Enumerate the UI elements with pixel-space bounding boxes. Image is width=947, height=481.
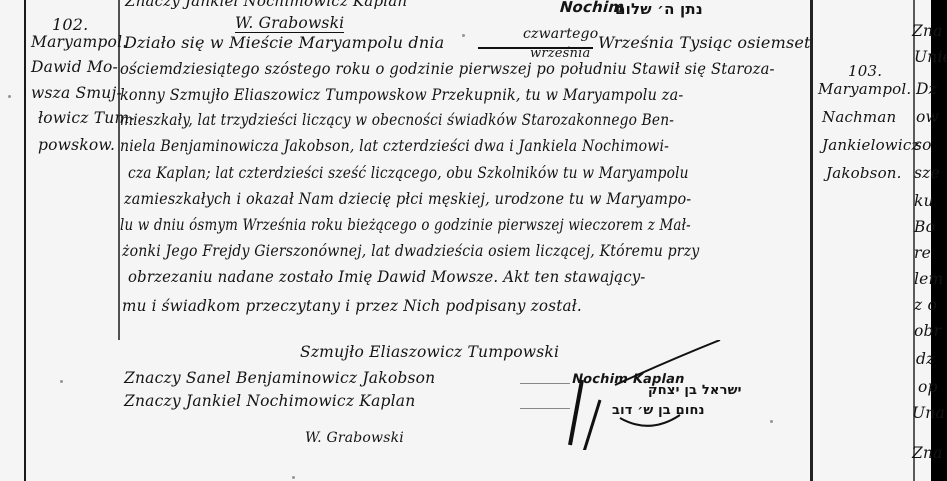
- entry-102-body-line-7: zamieszkałych i okazał Nam dziecię płci …: [124, 189, 691, 208]
- entry-102-margin-line-1: Maryampol.: [31, 33, 127, 51]
- entry-102-body-line-5: niela Benjaminowicza Jakobson, lat czter…: [120, 136, 669, 155]
- witness-2-signature: Znaczy Jankiel Nochimowicz Kaplan: [124, 392, 415, 410]
- entry-103-margin-line-3: Jankielowicz: [822, 136, 920, 154]
- entry-103-margin-line-2: Nachman: [822, 108, 896, 126]
- scan-speck: [292, 476, 295, 479]
- entry-102-number: 102.: [52, 15, 88, 34]
- fragment: op: [918, 378, 938, 396]
- entry-102-margin-line-2: Dawid Mo-: [31, 58, 118, 76]
- fragment: Bo: [914, 218, 935, 236]
- fragment: ow: [916, 108, 939, 126]
- signature-flourish: [560, 340, 760, 450]
- fragment: Una: [912, 404, 945, 422]
- fragment: so: [914, 136, 932, 154]
- entry-102-margin-line-3: wsza Smuj-: [31, 84, 122, 102]
- fragment: re: [914, 244, 931, 262]
- date-tail: Września Tysiąc osiemset: [598, 33, 811, 52]
- fragment: dz: [916, 350, 935, 368]
- fragment: Zna: [912, 22, 943, 40]
- entry-102-body-line-6: cza Kaplan; lat czterdzieści sześć liczą…: [128, 163, 689, 182]
- register-page: Znaczy Jankiel Nochimowicz Kaplan W. Gra…: [0, 0, 947, 481]
- entry-102-body-line-1: Działo się w Mieście Maryampolu dnia: [124, 33, 444, 52]
- entry-103-number: 103.: [848, 62, 882, 80]
- fragment: Dz: [916, 80, 937, 98]
- entry-103-margin-line-4: Jakobson.: [826, 164, 902, 182]
- scan-speck: [770, 420, 773, 423]
- column-divider-right: [810, 0, 813, 481]
- scan-speck: [462, 34, 465, 37]
- entry-102-body-line-4: mieszkały, lat trzydzieści liczący w obe…: [120, 110, 674, 129]
- entry-103-margin-line-1: Maryampol.: [818, 80, 911, 98]
- fragment: z o: [914, 296, 937, 314]
- official-signature: W. Grabowski: [305, 430, 404, 446]
- scan-speck: [60, 380, 63, 383]
- entry-102-body-line-9: żonki Jego Frejdy Gierszonównej, lat dwa…: [122, 241, 699, 260]
- entry-102-body-line-8: lu w dniu ósmym Września roku bieżącego …: [120, 215, 691, 234]
- fragment: sze: [914, 164, 940, 182]
- fragment: obr: [914, 322, 941, 340]
- margin-rule-center: [118, 0, 120, 340]
- prev-entry-official-signature: W. Grabowski: [235, 14, 344, 33]
- fragment: Zna: [912, 444, 943, 462]
- entry-102-body-line-10: obrzezaniu nadane zostało Imię Dawid Mow…: [128, 267, 646, 286]
- witness-1-signature: Znaczy Sanel Benjaminowicz Jakobson: [124, 369, 435, 387]
- entry-102-body-line-2: ościemdziesiątego szóstego roku o godzin…: [120, 59, 775, 78]
- entry-102-body-line-11: mu i świadkom przeczytany i przez Nich p…: [122, 296, 582, 315]
- top-hebrew-signature: נתן ה׳ שלום: [615, 0, 703, 18]
- declarant-signature: Szmujło Eliaszowicz Tumpowski: [300, 343, 559, 361]
- prev-entry-witness-line: Znaczy Jankiel Nochimowicz Kaplan: [125, 0, 407, 10]
- fragment: lem: [914, 270, 943, 288]
- entry-102-body-line-3: konny Szmujło Eliaszowicz Tumpowskow Prz…: [120, 85, 683, 104]
- date-insert-above: czwartego: [523, 26, 598, 42]
- margin-rule-left: [24, 0, 26, 481]
- fragment: ku: [914, 192, 934, 210]
- scan-speck: [8, 95, 11, 98]
- fragment: Unie: [914, 48, 947, 66]
- entry-102-margin-line-5: powskow.: [38, 136, 115, 154]
